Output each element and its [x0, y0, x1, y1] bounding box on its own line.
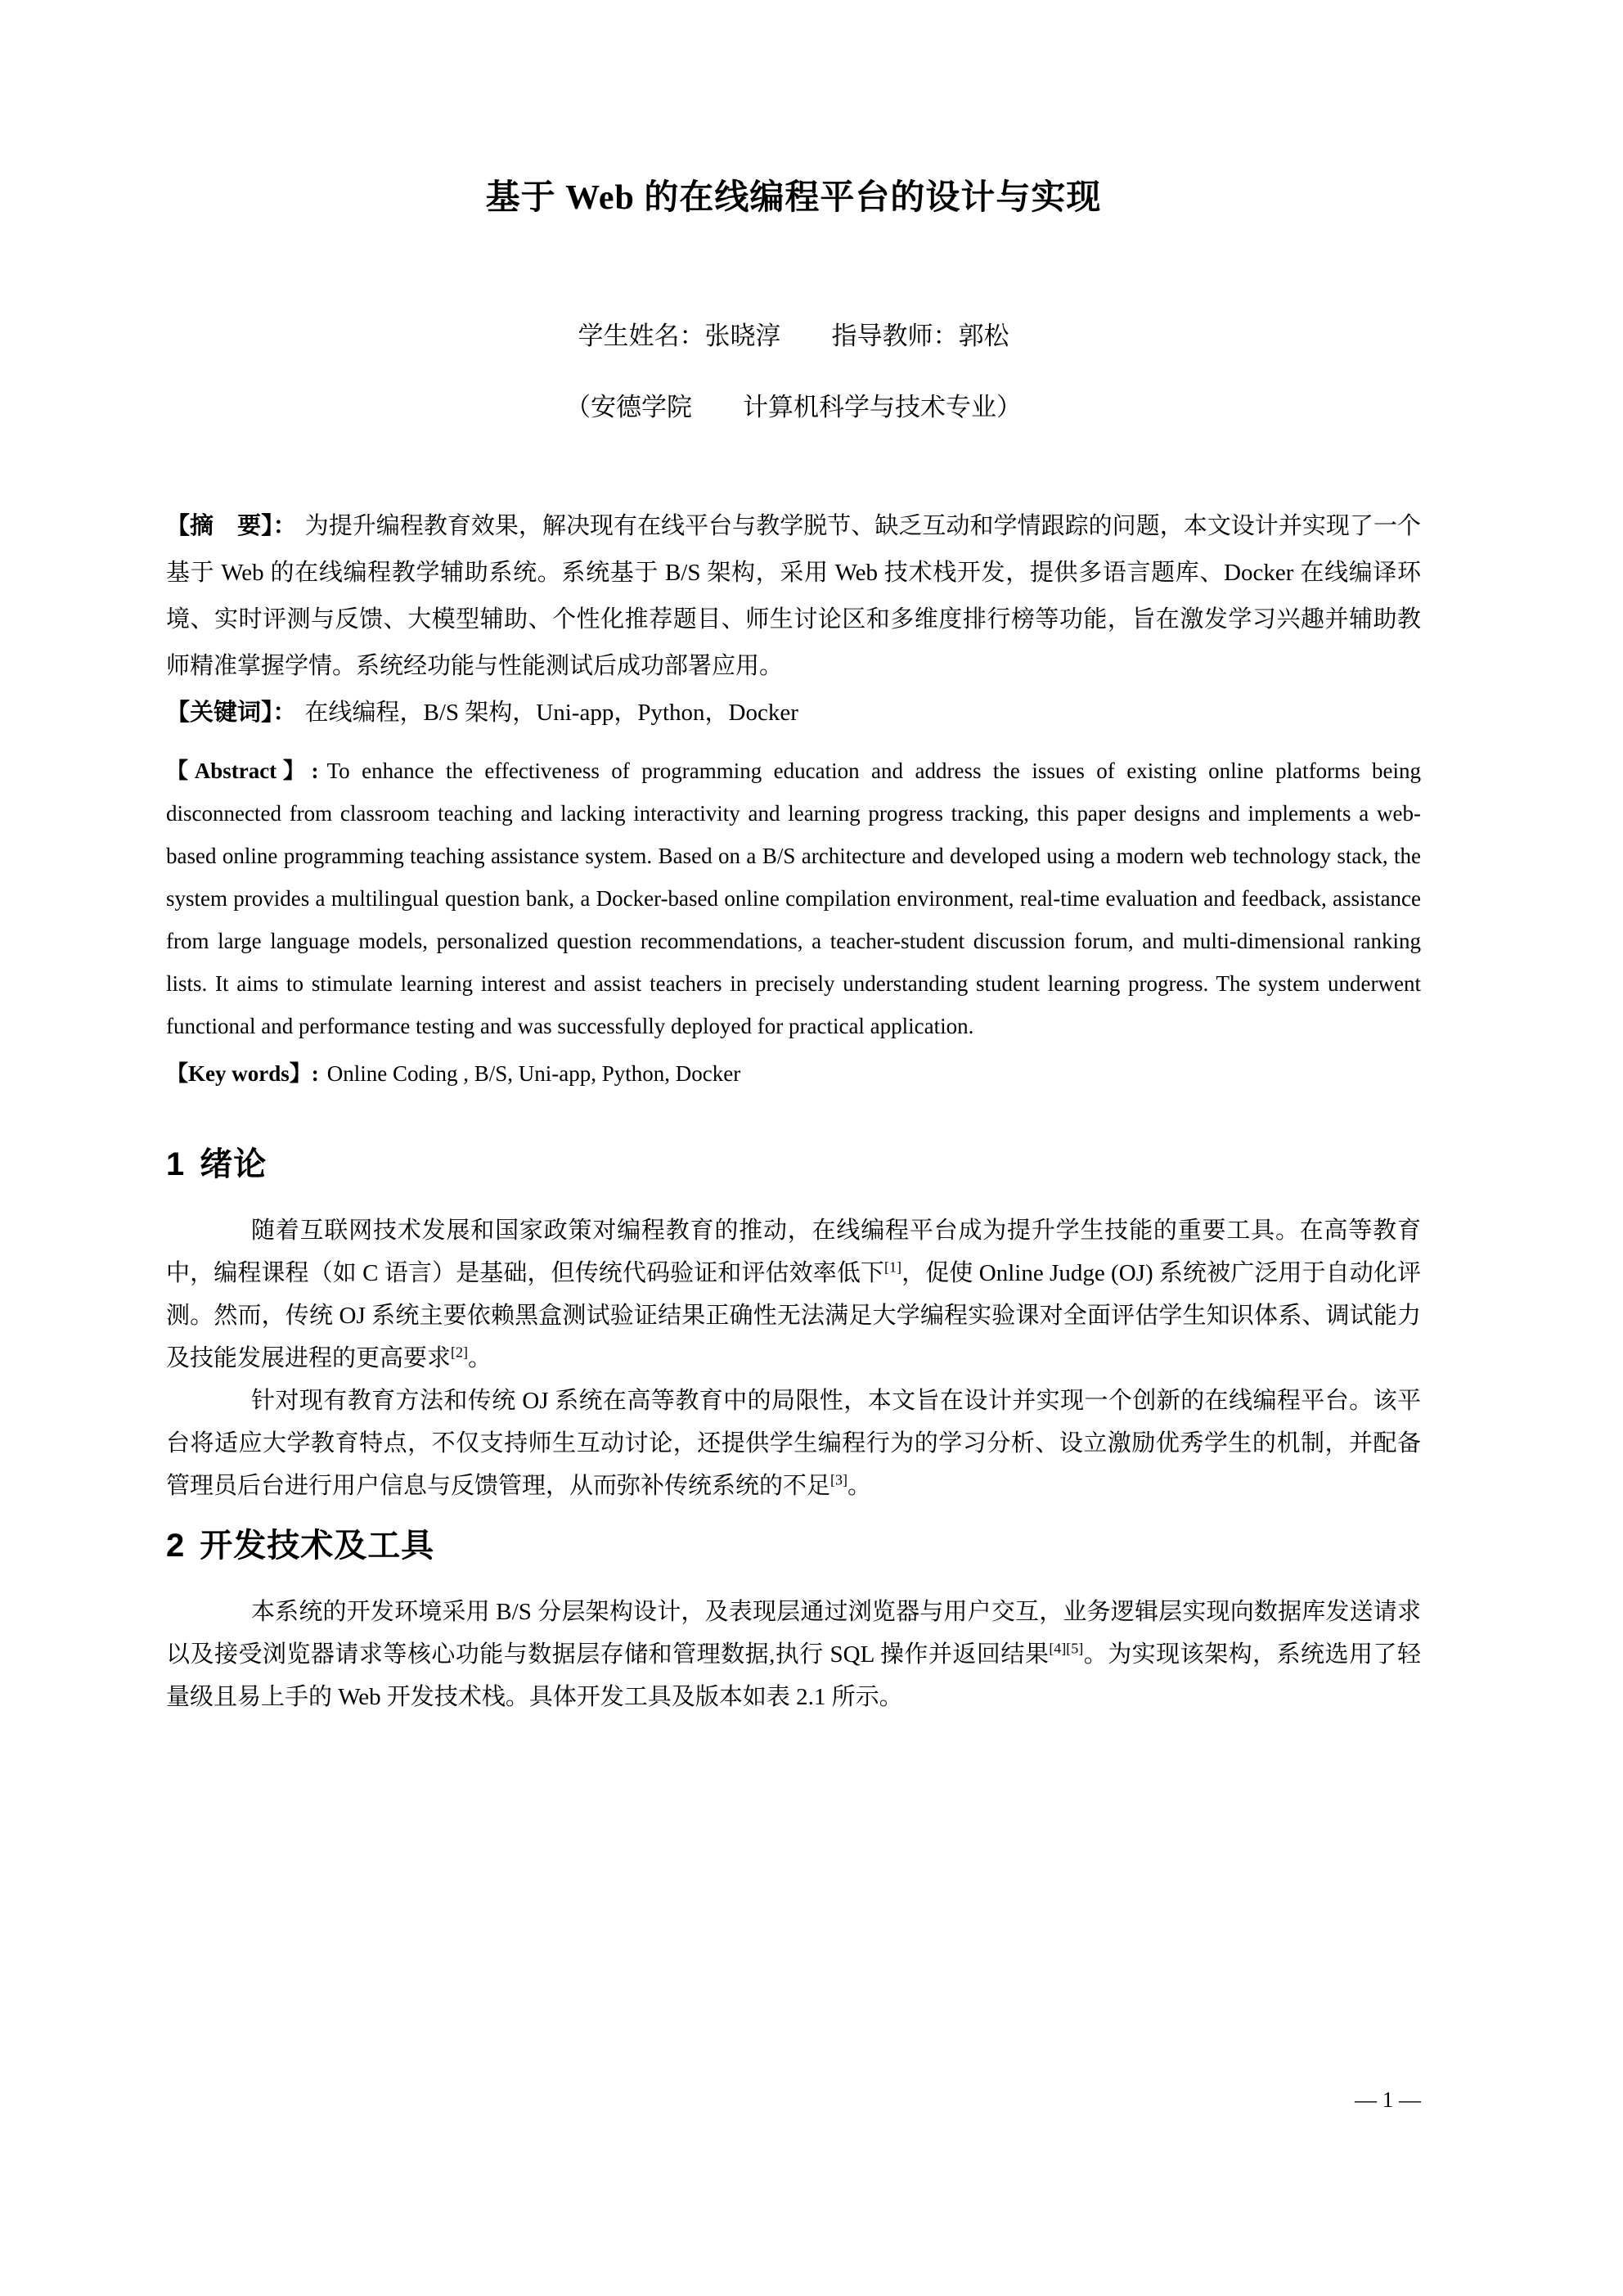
section-1-number: 1: [166, 1146, 185, 1182]
abstract-en-label: 【Abstract】:: [166, 759, 319, 783]
keywords-en-line: 【Key words】:Online Coding , B/S, Uni-app…: [166, 1052, 1421, 1095]
document-page: 基于 Web 的在线编程平台的设计与实现 学生姓名：张晓淳 指导教师：郭松 （安…: [0, 0, 1623, 2296]
keywords-en-text: Online Coding , B/S, Uni-app, Python, Do…: [327, 1061, 740, 1086]
section-1-paragraph-1: 随着互联网技术发展和国家政策对编程教育的推动，在线编程平台成为提升学生技能的重要…: [166, 1209, 1421, 1380]
page-number: — 1 —: [1355, 2087, 1421, 2113]
abstract-zh-label: 【摘 要】：: [166, 513, 297, 539]
section-2-paragraph-1: 本系统的开发环境采用 B/S 分层架构设计，及表现层通过浏览器与用户交互，业务逻…: [166, 1591, 1421, 1718]
affiliation-line: （安德学院 计算机科学与技术专业）: [166, 390, 1421, 425]
section-2-title: 开发技术及工具: [200, 1528, 434, 1564]
section-heading-1: 1绪论: [166, 1144, 1421, 1185]
section-1-paragraph-2: 针对现有教育方法和传统 OJ 系统在高等教育中的局限性，本文旨在设计并实现一个创…: [166, 1380, 1421, 1507]
abstract-zh-paragraph: 【摘 要】：为提升编程教育效果，解决现有在线平台与教学脱节、缺乏互动和学情跟踪的…: [166, 503, 1421, 690]
section-2-number: 2: [166, 1528, 185, 1564]
keywords-en-label: 【Key words】:: [166, 1061, 319, 1086]
keywords-zh-label: 【关键词】：: [166, 700, 297, 726]
abstract-en-text: To enhance the effectiveness of programm…: [166, 759, 1421, 1038]
keywords-zh-line: 【关键词】：在线编程，B/S 架构，Uni-app，Python，Docker: [166, 690, 1421, 736]
author-supervisor-line: 学生姓名：张晓淳 指导教师：郭松: [166, 319, 1421, 353]
keywords-zh-text: 在线编程，B/S 架构，Uni-app，Python，Docker: [305, 700, 798, 726]
abstract-en-paragraph: 【Abstract】:To enhance the effectiveness …: [166, 750, 1421, 1047]
section-1-title: 绪论: [200, 1146, 267, 1182]
paper-title: 基于 Web 的在线编程平台的设计与实现: [166, 176, 1421, 221]
abstract-zh-text: 为提升编程教育效果，解决现有在线平台与教学脱节、缺乏互动和学情跟踪的问题，本文设…: [166, 513, 1421, 679]
section-heading-2: 2开发技术及工具: [166, 1525, 1421, 1566]
